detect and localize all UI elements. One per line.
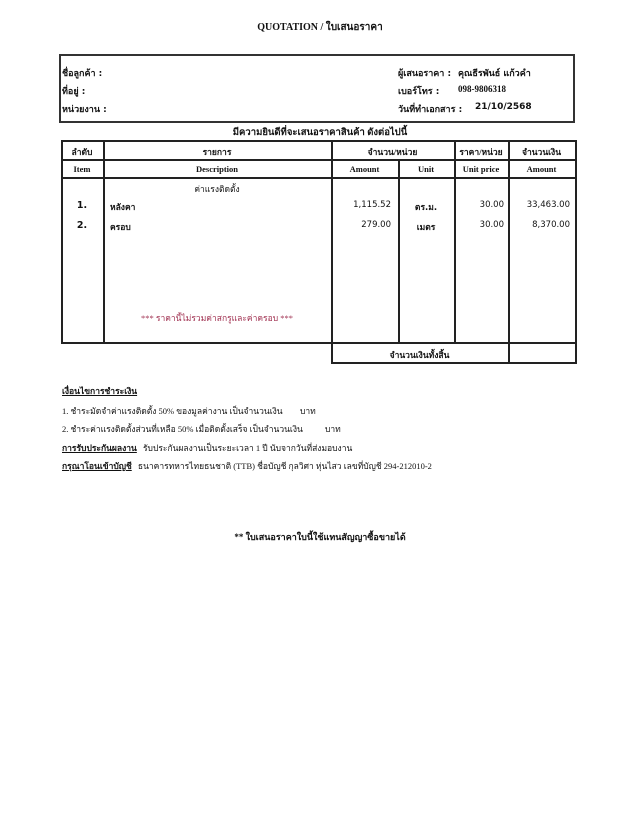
row-description: ครอบ xyxy=(110,220,131,234)
payment-line-2-unit: บาท xyxy=(325,422,341,436)
customer-name-label: ชื่อลูกค้า : xyxy=(62,66,102,80)
total-row-bottom xyxy=(331,362,577,364)
bank-text: ธนาคารทหารไทยธนชาติ (TTB) ชื่อบัญชี กุลว… xyxy=(138,461,432,471)
payment-line-1: 1. ชำระมัดจำค่าแรงติดตั้ง 50% ของมูลค่าง… xyxy=(62,404,283,418)
row-unit: เมตร xyxy=(398,220,454,234)
col-line xyxy=(398,159,400,343)
row-unit-price: 30.00 xyxy=(454,200,504,210)
header-total-en: Amount xyxy=(508,164,575,174)
customer-department-label: หน่วยงาน : xyxy=(62,102,107,116)
payment-line-1-unit: บาท xyxy=(300,404,316,418)
table-body-bottom xyxy=(61,342,577,344)
header-unit-en: Unit xyxy=(398,164,454,174)
bank-label: กรุณาโอนเข้าบัญชี xyxy=(62,461,132,471)
row-amount: 279.00 xyxy=(331,220,391,230)
header-unit-price-en: Unit price xyxy=(454,164,508,174)
warranty-line: การรับประกันผลงาน รับประกันผลงานเป็นระยะ… xyxy=(62,441,352,455)
phone-value: 098-9806318 xyxy=(458,84,506,94)
section-heading: ค่าแรงติดตั้ง xyxy=(103,182,331,196)
header-item-en: Item xyxy=(61,164,103,174)
row-total: 33,463.00 xyxy=(508,200,570,210)
table-header-divider xyxy=(61,159,577,161)
price-exclusion-note: *** ราคานี้ไม่รวมค่าสกรูและค่าครอบ *** xyxy=(103,311,331,325)
warranty-label: การรับประกันผลงาน xyxy=(62,443,137,453)
row-description: หลังคา xyxy=(110,200,135,214)
date-value: 21/10/2568 xyxy=(475,102,532,112)
row-amount: 1,115.52 xyxy=(331,200,391,210)
col-line xyxy=(575,140,577,363)
header-amount-en: Amount xyxy=(331,164,398,174)
document-title: QUOTATION / ใบเสนอราคา xyxy=(0,20,640,35)
grand-total-label: จำนวนเงินทั้งสิ้น xyxy=(331,348,508,362)
bank-line: กรุณาโอนเข้าบัญชี ธนาคารทหารไทยธนชาติ (T… xyxy=(62,459,432,473)
header-unit-price-th: ราคา/หน่วย xyxy=(454,145,508,159)
offeror-value: คุณธีรพันธ์ แก้วคำ xyxy=(458,66,531,80)
header-total-th: จำนวนเงิน xyxy=(508,145,575,159)
warranty-text: รับประกันผลงานเป็นระยะเวลา 1 ปี นับจากวั… xyxy=(143,443,352,453)
header-description-th: รายการ xyxy=(103,145,331,159)
row-item: 2. xyxy=(61,220,103,231)
payment-line-2: 2. ชำระค่าแรงติดตั้งส่วนที่เหลือ 50% เมื… xyxy=(62,422,303,436)
customer-address-label: ที่อยู่ : xyxy=(62,84,85,98)
row-total: 8,370.00 xyxy=(508,220,570,230)
date-label: วันที่ทำเอกสาร : xyxy=(398,102,462,116)
offeror-label: ผู้เสนอราคา : xyxy=(398,66,451,80)
intro-text: มีความยินดีที่จะเสนอราคาสินค้า ดังต่อไปน… xyxy=(0,125,640,140)
table-header-bottom xyxy=(61,177,577,179)
row-unit: ตร.ม. xyxy=(398,200,454,214)
table-border-top xyxy=(61,140,577,142)
footer-note: ** ใบเสนอราคาใบนี้ใช้แทนสัญญาซื้อขายได้ xyxy=(0,530,640,544)
header-description-en: Description xyxy=(103,164,331,174)
phone-label: เบอร์โทร : xyxy=(398,84,439,98)
row-item: 1. xyxy=(61,200,103,211)
row-unit-price: 30.00 xyxy=(454,220,504,230)
header-qty-unit-th: จำนวน/หน่วย xyxy=(331,145,454,159)
header-item-th: ลำดับ xyxy=(61,145,103,159)
payment-terms-heading: เงื่อนไขการชำระเงิน xyxy=(62,384,137,398)
